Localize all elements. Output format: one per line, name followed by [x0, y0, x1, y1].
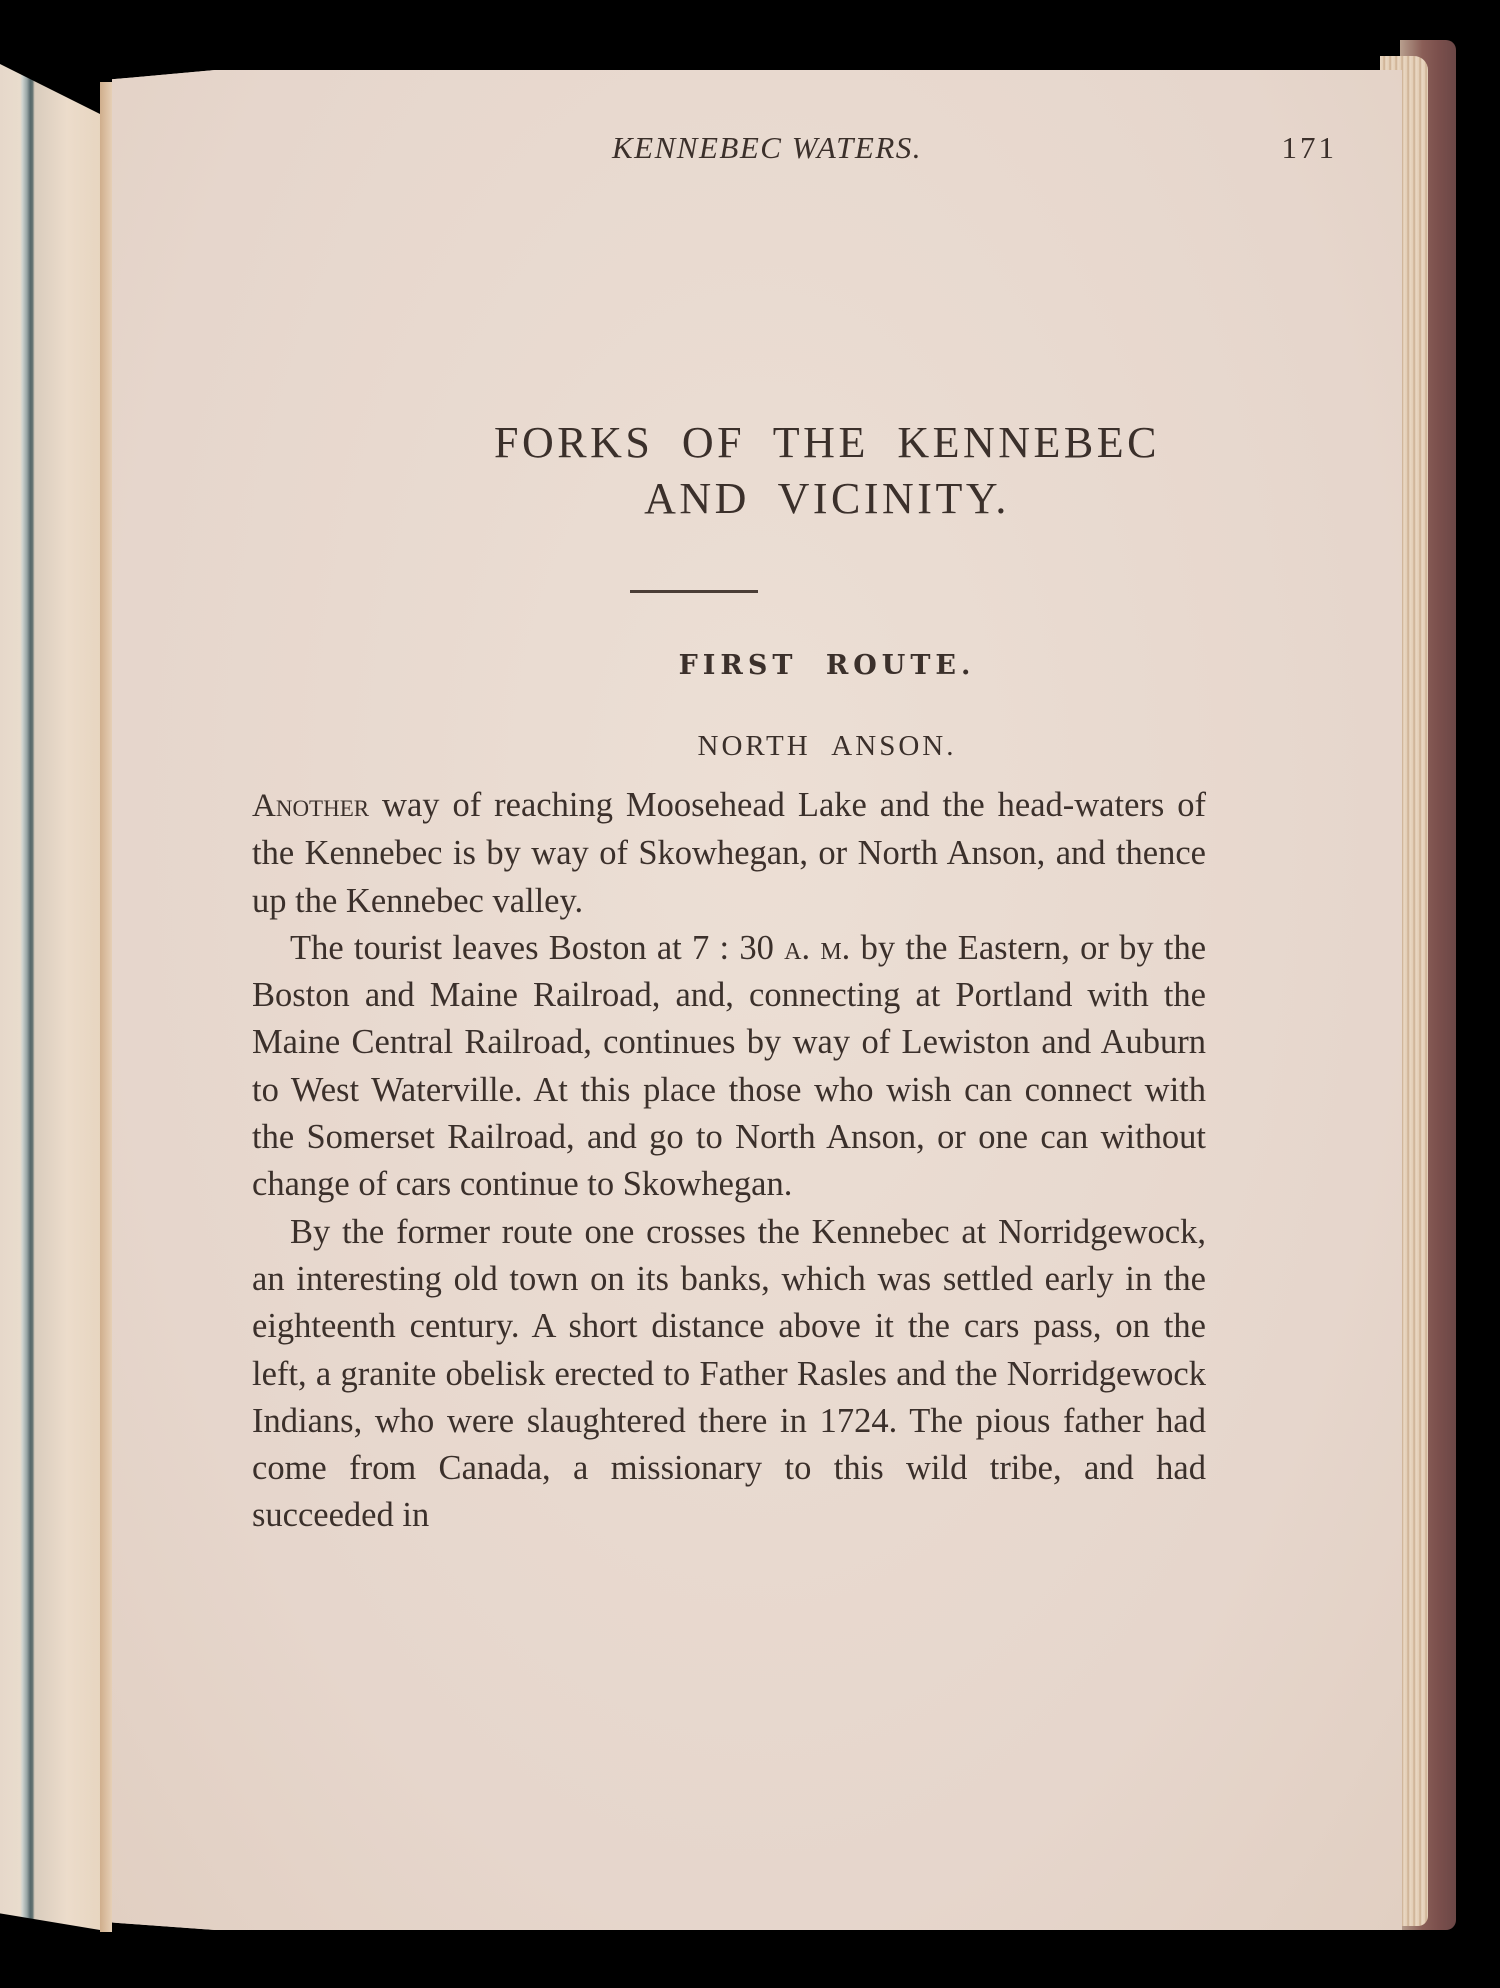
section-divider-rule — [630, 590, 758, 593]
chapter-title-line-1: FORKS OF THE KENNEBEC — [322, 415, 1332, 471]
paragraph-3-text: By the former route one crosses the Kenn… — [252, 1213, 1206, 1535]
subsection-title: NORTH ANSON. — [322, 730, 1332, 763]
paragraph-lead-word: Another — [252, 788, 369, 824]
paragraph-1: Another way of reaching Moosehead Lake a… — [252, 782, 1206, 925]
book-page: KENNEBEC WATERS. 171 FORKS OF THE KENNEB… — [112, 70, 1402, 1930]
paragraph-2-text-b: by the Eastern, or by the Boston and Mai… — [252, 929, 1206, 1203]
paragraph-1-text: way of reaching Moosehead Lake and the h… — [252, 786, 1206, 920]
chapter-title-line-2: AND VICINITY. — [322, 471, 1332, 527]
running-head-title: KENNEBEC WATERS. — [612, 130, 922, 166]
body-text: Another way of reaching Moosehead Lake a… — [252, 782, 1206, 1540]
paragraph-3: By the former route one crosses the Kenn… — [252, 1209, 1206, 1540]
paragraph-2: The tourist leaves Boston at 7 : 30 a. m… — [252, 925, 1206, 1209]
book-gutter — [100, 82, 112, 1932]
chapter-title: FORKS OF THE KENNEBEC AND VICINITY. — [322, 415, 1332, 527]
running-head: KENNEBEC WATERS. 171 — [362, 130, 1337, 170]
page-number: 171 — [1282, 130, 1338, 166]
section-title: FIRST ROUTE. — [322, 650, 1332, 681]
time-suffix: a. m. — [784, 929, 850, 967]
facing-page-edge — [0, 64, 112, 1932]
paragraph-2-text-a: The tourist leaves Boston at 7 : 30 — [290, 929, 784, 967]
